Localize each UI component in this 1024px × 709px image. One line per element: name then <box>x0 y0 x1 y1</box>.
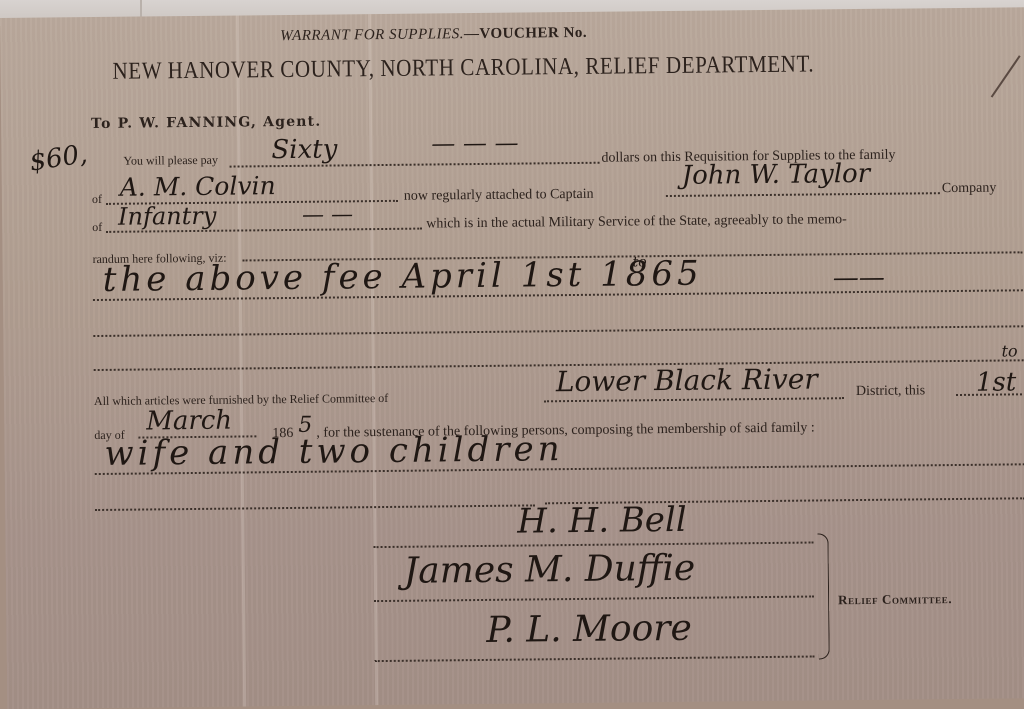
memo-line-2 <box>93 325 1023 337</box>
signature-line-2 <box>374 596 814 603</box>
company-dashes: — — <box>302 204 353 227</box>
line2-suffix: Company <box>942 182 997 197</box>
signature-2: James M. Duffie <box>404 551 696 590</box>
day-value: 1st <box>976 369 1017 395</box>
warrant-heading: WARRANT FOR SUPPLIES.—VOUCHER No. <box>280 26 587 44</box>
signature-bracket <box>817 533 829 659</box>
signature-1: H. H. Bell <box>517 503 687 539</box>
line2-prefix: of <box>92 193 102 205</box>
district-field-dots <box>544 397 844 402</box>
memorandum-superscript: to <box>633 255 647 269</box>
line5-prefix: All which articles were furnished by the… <box>94 392 388 407</box>
members-line-2a <box>95 504 535 511</box>
signature-line-3 <box>375 656 815 663</box>
month-value: March <box>146 408 232 435</box>
captain-field-dots <box>666 192 940 197</box>
warrant-document: WARRANT FOR SUPPLIES.—VOUCHER No. NEW HA… <box>0 7 1024 709</box>
line3-prefix: of <box>92 221 102 233</box>
margin-amount: $60, <box>28 141 89 175</box>
addressee: To P. W. FANNING, Agent. <box>91 115 321 131</box>
line2-middle: now regularly attached to Captain <box>404 188 594 204</box>
paper-corner-edge <box>991 55 1021 97</box>
company-type: Infantry <box>118 204 217 229</box>
amount-written: Sixty <box>271 136 337 163</box>
signature-line-1 <box>374 542 814 549</box>
captain-name: John W. Taylor <box>682 161 871 189</box>
document-title: NEW HANOVER COUNTY, NORTH CAROLINA, RELI… <box>112 52 814 83</box>
family-members: wife and two children <box>104 432 563 471</box>
committee-label: Relief Committee. <box>838 592 952 606</box>
line1-prefix: You will please pay <box>123 154 218 167</box>
line5-middle: District, this <box>856 384 925 399</box>
line3-suffix: which is in the actual Military Service … <box>426 213 847 231</box>
signature-3: P. L. Moore <box>486 611 692 649</box>
warrant-label: WARRANT FOR SUPPLIES. <box>280 26 464 44</box>
memorandum: the above fee April 1st 1865 <box>103 257 703 297</box>
memo-dash: —— <box>833 265 885 292</box>
family-name: A. M. Colvin <box>120 173 276 200</box>
day-superscript: to <box>1001 343 1017 359</box>
voucher-label: —VOUCHER No. <box>464 25 587 42</box>
district-name: Lower Black River <box>556 365 818 396</box>
amount-dashes: — — — <box>431 131 519 156</box>
